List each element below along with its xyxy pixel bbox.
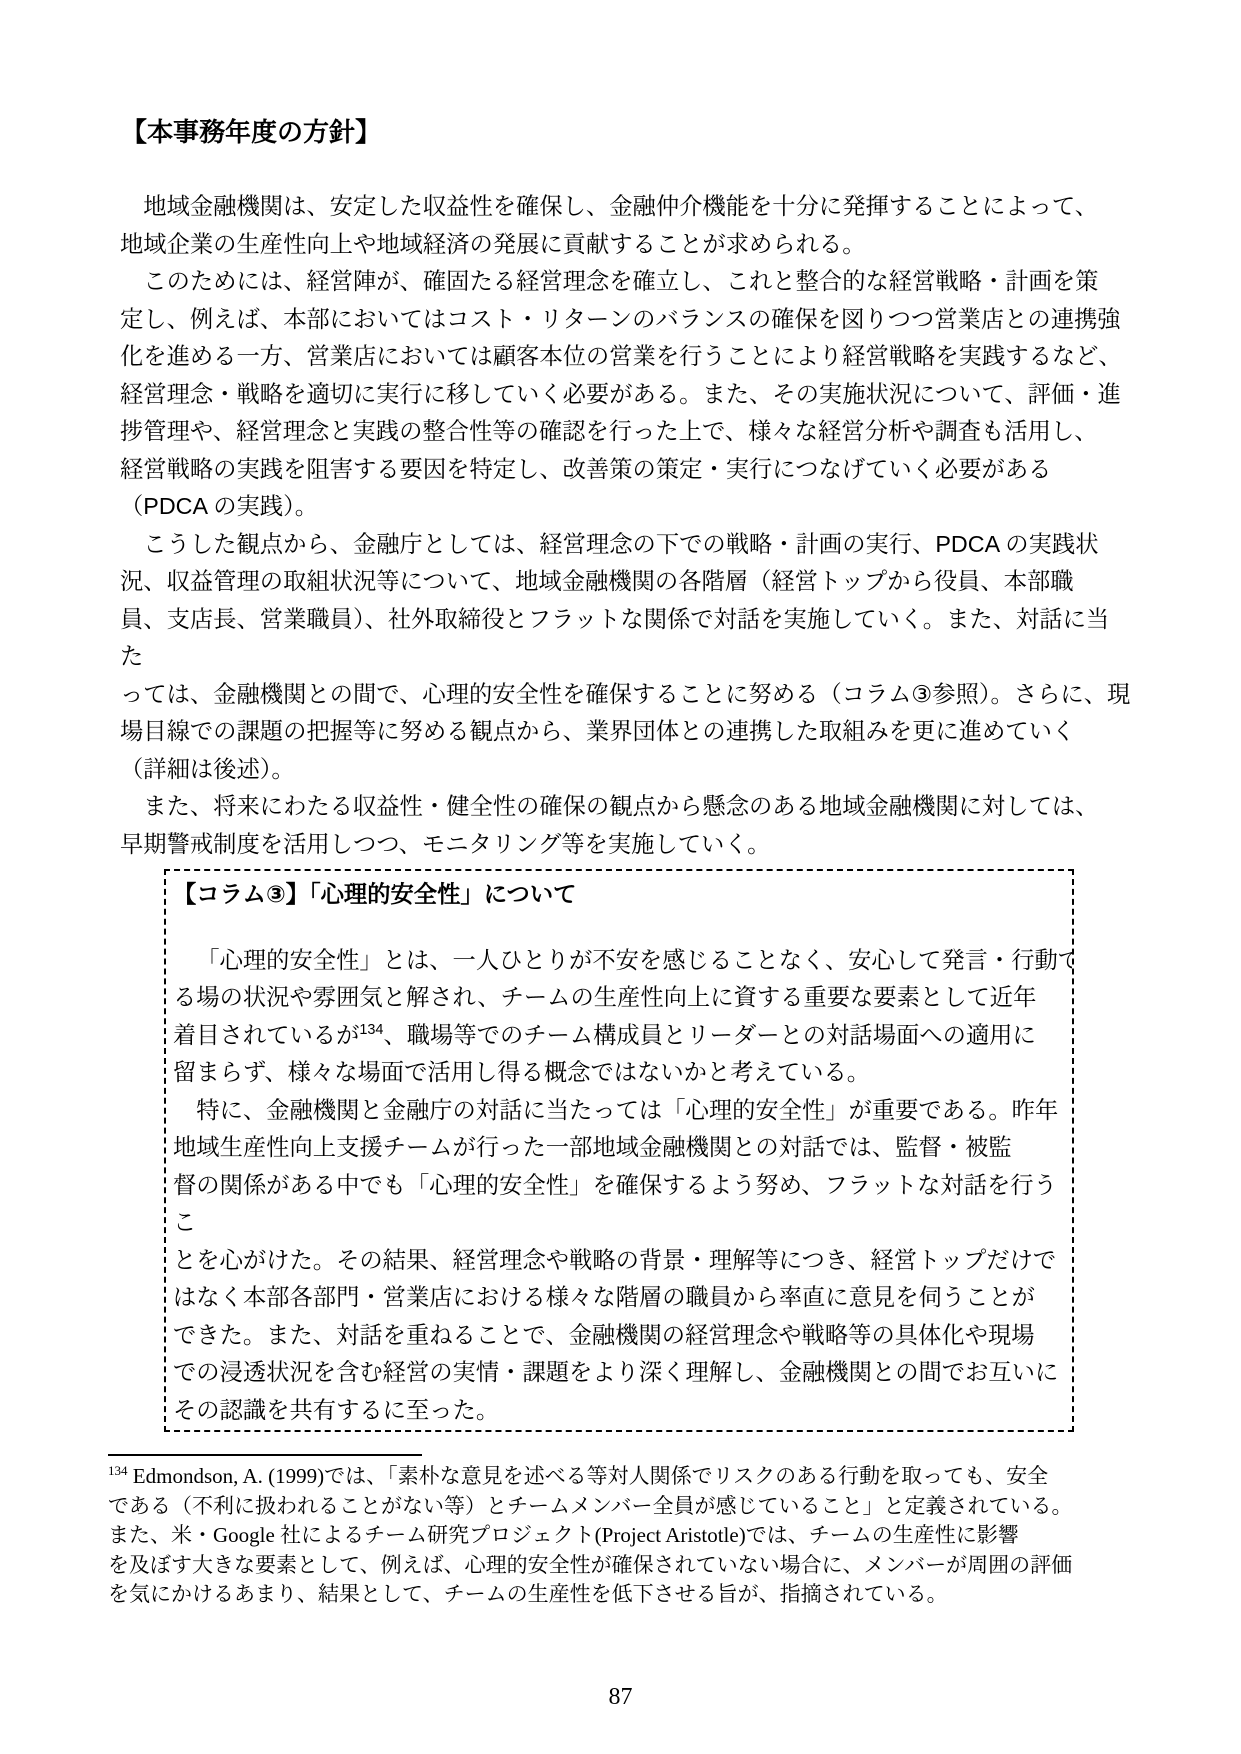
footnote-separator: [108, 1454, 422, 1456]
body-paragraph-4: また、将来にわたる収益性・健全性の確保の観点から懸念のある地域金融機関に対しては…: [120, 788, 1132, 863]
box-paragraph1-line3-text-after: 、職場等でのチーム構成員とリーダーとの対話場面への適用に: [383, 1022, 1035, 1048]
footnote-first-line-text: Edmondson, A. (1999)では、「素朴な意見を述べる等対人関係でリ…: [128, 1464, 1049, 1488]
footnote-first-line: 134 Edmondson, A. (1999)では、「素朴な意見を述べる等対人…: [108, 1462, 1148, 1492]
column-box-body: 「心理的安全性」とは、一人ひとりが不安を感じることなく、安心して発言・行動でき …: [173, 942, 1064, 1433]
section-heading: 【本事務年度の方針】: [121, 114, 381, 150]
box-paragraph1-line2: る場の状況や雰囲気と解され、チームの生産性向上に資する重要な要素として近年: [173, 979, 1064, 1017]
column-box-heading: 【コラム③】「心理的安全性」について: [173, 876, 1064, 914]
footnote-reference-134: 134: [359, 1022, 383, 1038]
box-paragraph1-line4: 留まらず、様々な場面で活用し得る概念ではないかと考えている。: [173, 1054, 1064, 1092]
footnote: 134 Edmondson, A. (1999)では、「素朴な意見を述べる等対人…: [108, 1462, 1148, 1610]
footnote-body: である（不利に扱われることがない等）とチームメンバー全員が感じていること」と定義…: [108, 1492, 1148, 1610]
box-paragraph1-line3: 着目されているが134、職場等でのチーム構成員とリーダーとの対話場面への適用に: [173, 1017, 1064, 1055]
column-box-paragraph-2: 特に、金融機関と金融庁の対話に当たっては「心理的安全性」が重要である。昨年 地域…: [173, 1092, 1064, 1430]
box-paragraph1-line3-text: 着目されているが: [173, 1022, 359, 1048]
box-paragraph1-line1: 「心理的安全性」とは、一人ひとりが不安を感じることなく、安心して発言・行動でき: [173, 942, 1064, 980]
column-box-paragraph-1: 「心理的安全性」とは、一人ひとりが不安を感じることなく、安心して発言・行動でき …: [173, 942, 1064, 1092]
document-page: 【本事務年度の方針】 地域金融機関は、安定した収益性を確保し、金融仲介機能を十分…: [0, 0, 1241, 1754]
body-paragraph-2: このためには、経営陣が、確固たる経営理念を確立し、これと整合的な経営戦略・計画を…: [120, 263, 1132, 526]
page-number: 87: [0, 1682, 1241, 1712]
footnote-marker: 134: [108, 1463, 128, 1478]
body-paragraph-1: 地域金融機関は、安定した収益性を確保し、金融仲介機能を十分に発揮することによって…: [120, 188, 1132, 263]
column-box-paragraph-3: このように、「心理的安全性」が確保された対話を進めることによって、金融庁とし: [173, 1429, 1064, 1432]
body-text: 地域金融機関は、安定した収益性を確保し、金融仲介機能を十分に発揮することによって…: [120, 188, 1132, 863]
column-box: 【コラム③】「心理的安全性」について 「心理的安全性」とは、一人ひとりが不安を感…: [164, 869, 1074, 1432]
body-paragraph-3: こうした観点から、金融庁としては、経営理念の下での戦略・計画の実行、PDCA の…: [120, 526, 1132, 789]
